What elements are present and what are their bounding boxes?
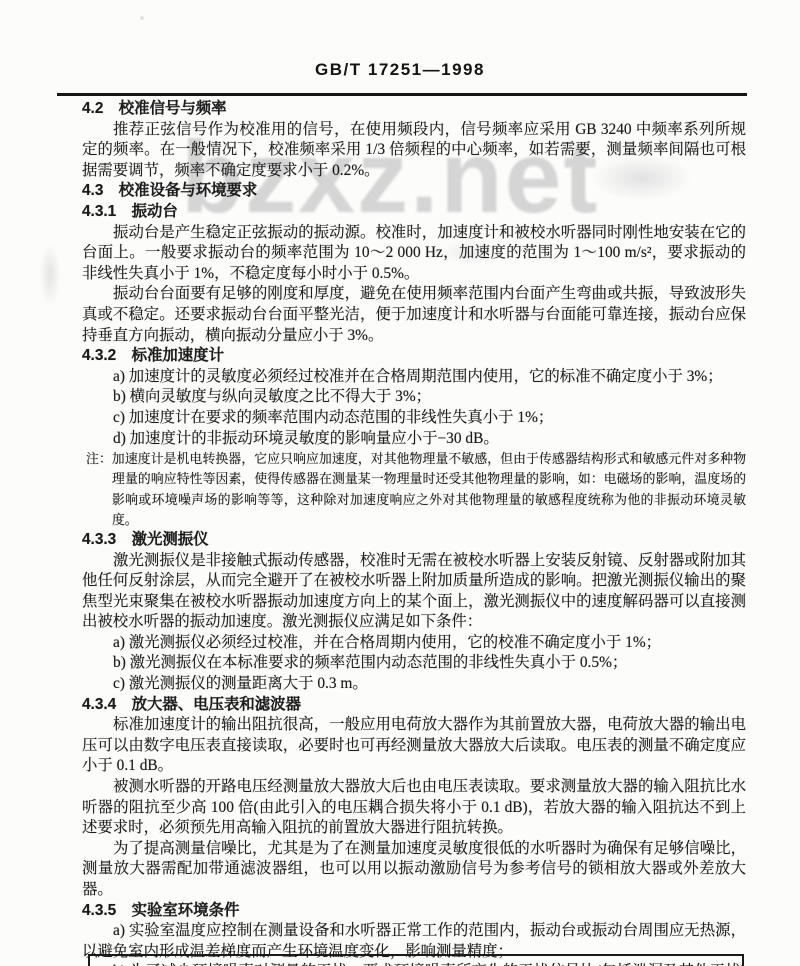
paragraph-shaker-surface: 振动台台面要有足够的刚度和厚度，避免在使用频率范围内台面产生弯曲或共振，导致波形… (82, 284, 746, 346)
scanned-standard-page: bzxz.net GB/T 17251—1998 4.2 校准信号与频率 推荐正… (0, 0, 800, 966)
paragraph-hydrophone-voltage: 被测水听器的开路电压经测量放大器放大后也由电压表读取。要求测量放大器的输入阻抗比… (82, 777, 746, 839)
paragraph-snr-filters: 为了提高测量信噪比，尤其是为了在测量加速度灵敏度很低的水听器时为确保有足够信噪比… (82, 839, 746, 901)
paragraph-calibration-signal: 推荐正弦信号作为校准用的信号，在使用频段内，信号频率应采用 GB 3240 中频… (82, 120, 746, 182)
bottom-frame-box (88, 954, 744, 966)
list-item-accel-c: c) 加速度计在要求的频率范围内动态范围的非线性失真小于 1%； (82, 408, 746, 429)
document-body: 4.2 校准信号与频率 推荐正弦信号作为校准用的信号，在使用频段内，信号频率应采… (82, 99, 746, 966)
paragraph-shaker-specs: 振动台是产生稳定正弦振动的振动源。校准时，加速度计和被校水听器同时刚性地安装在它… (82, 223, 746, 285)
section-heading-4-3-4: 4.3.4 放大器、电压表和滤波器 (82, 695, 746, 716)
list-item-accel-d: d) 加速度计的非振动环境灵敏度的影响量应小于−30 dB。 (82, 429, 746, 450)
list-item-laser-c: c) 激光测振仪的测量距离大于 0.3 m。 (82, 674, 746, 695)
list-item-accel-a: a) 加速度计的灵敏度必须经过校准并在合格周期范围内使用，它的标准不确定度小于 … (82, 367, 746, 388)
section-heading-4-3-1: 4.3.1 振动台 (82, 202, 746, 223)
section-heading-4-3-2: 4.3.2 标准加速度计 (82, 346, 746, 367)
note-accelerometer: 注：加速度计是机电转换器，它应只响应加速度，对其他物理量不敏感，但由于传感器结构… (84, 449, 746, 530)
paragraph-laser-vibrometer: 激光测振仪是非接触式振动传感器，校准时无需在被校水听器上安装反射镜、反射器或附加… (82, 551, 746, 633)
section-heading-4-3-5: 4.3.5 实验室环境条件 (82, 901, 746, 922)
section-heading-4-3: 4.3 校准设备与环境要求 (82, 181, 746, 202)
list-item-laser-b: b) 激光测振仪在本标准要求的频率范围内动态范围的非线性失真小于 0.5%； (82, 653, 746, 674)
header-standard-number: GB/T 17251—1998 (0, 60, 800, 80)
list-item-accel-b: b) 横向灵敏度与纵向灵敏度之比不得大于 3%； (82, 387, 746, 408)
section-heading-4-3-3: 4.3.3 激光测振仪 (82, 530, 746, 551)
section-heading-4-2: 4.2 校准信号与频率 (82, 99, 746, 120)
header-rule (57, 93, 747, 96)
paragraph-amplifier-voltmeter: 标准加速度计的输出阻抗很高，一般应用电荷放大器作为其前置放大器，电荷放大器的输出… (82, 715, 746, 777)
list-item-laser-a: a) 激光测振仪必须经过校准，并在合格周期内使用，它的校准不确定度小于 1%； (82, 633, 746, 654)
